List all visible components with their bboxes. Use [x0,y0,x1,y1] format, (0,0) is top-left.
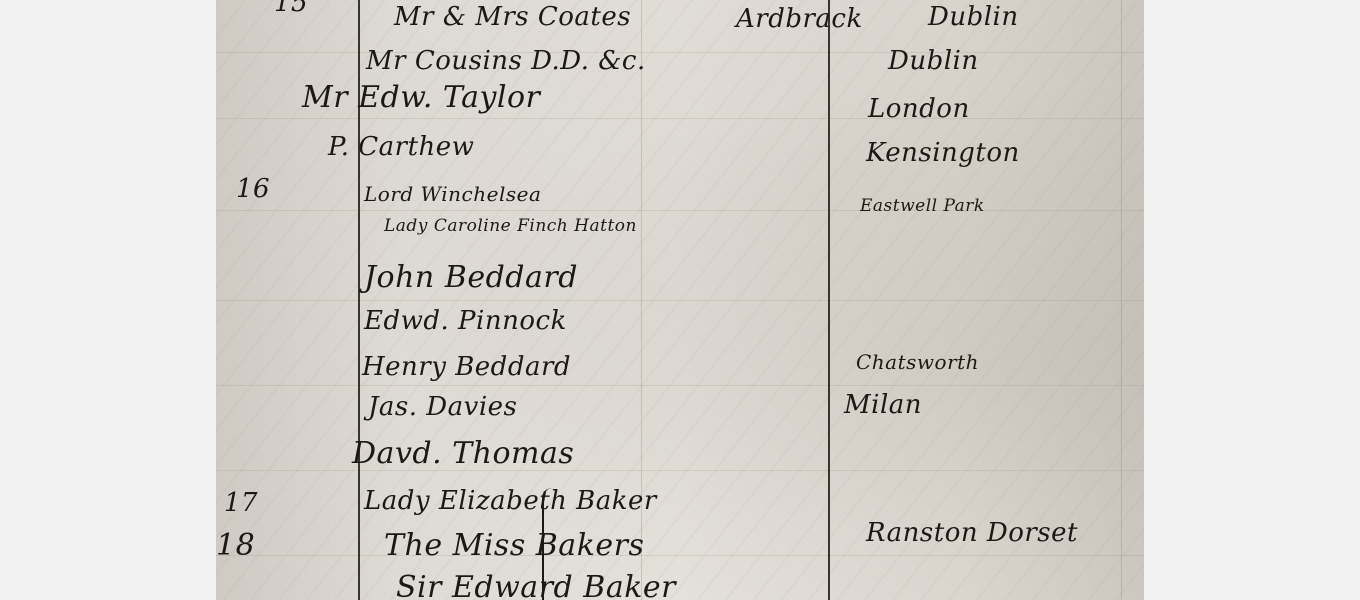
entry-name: Sir Edward Baker [396,570,676,600]
entry-residence: London [868,94,970,124]
ruled-line [216,555,1144,556]
ruled-line [216,52,1144,53]
entry-name: Jas. Davies [368,392,517,422]
entry-name: Mr Edw. Taylor [302,80,540,115]
margin-date: 16 [236,174,270,204]
entry-residence: Eastwell Park [860,196,985,216]
residence-column-divider [828,0,830,600]
faint-column-line [1121,0,1122,600]
entry-residence: Dublin [928,2,1019,32]
entry-name: P. Carthew [328,132,474,162]
ruled-line [216,385,1144,386]
margin-date: 15 [274,0,308,18]
entry-name: Lady Caroline Finch Hatton [384,216,637,236]
ruled-line [216,210,1144,211]
entry-name: Mr & Mrs Coates [394,2,631,32]
entry-name: Mr Cousins D.D. &c. [366,46,646,76]
entry-residence: Dublin [888,46,979,76]
entry-name: The Miss Bakers [384,528,644,563]
entry-residence: Chatsworth [856,350,979,374]
margin-date: 18 [216,528,255,563]
register-page-photo: 15 16 17 18 Mr & Mrs Coates Ardbrack Mr … [216,0,1144,600]
entry-name: Henry Beddard [362,352,571,382]
entry-residence: Kensington [866,138,1020,168]
entry-residence: Milan [844,390,922,420]
entry-residence: Ranston Dorset [866,518,1078,548]
entry-name: Lord Winchelsea [364,182,541,206]
entry-name: Davd. Thomas [352,436,574,471]
ruled-line [216,300,1144,301]
entry-name: John Beddard [364,260,578,295]
entry-name: Lady Elizabeth Baker [364,486,657,516]
margin-date: 17 [224,488,258,518]
entry-name: Edwd. Pinnock [364,306,567,336]
ruled-line [216,118,1144,119]
entry-note: Ardbrack [736,4,863,34]
